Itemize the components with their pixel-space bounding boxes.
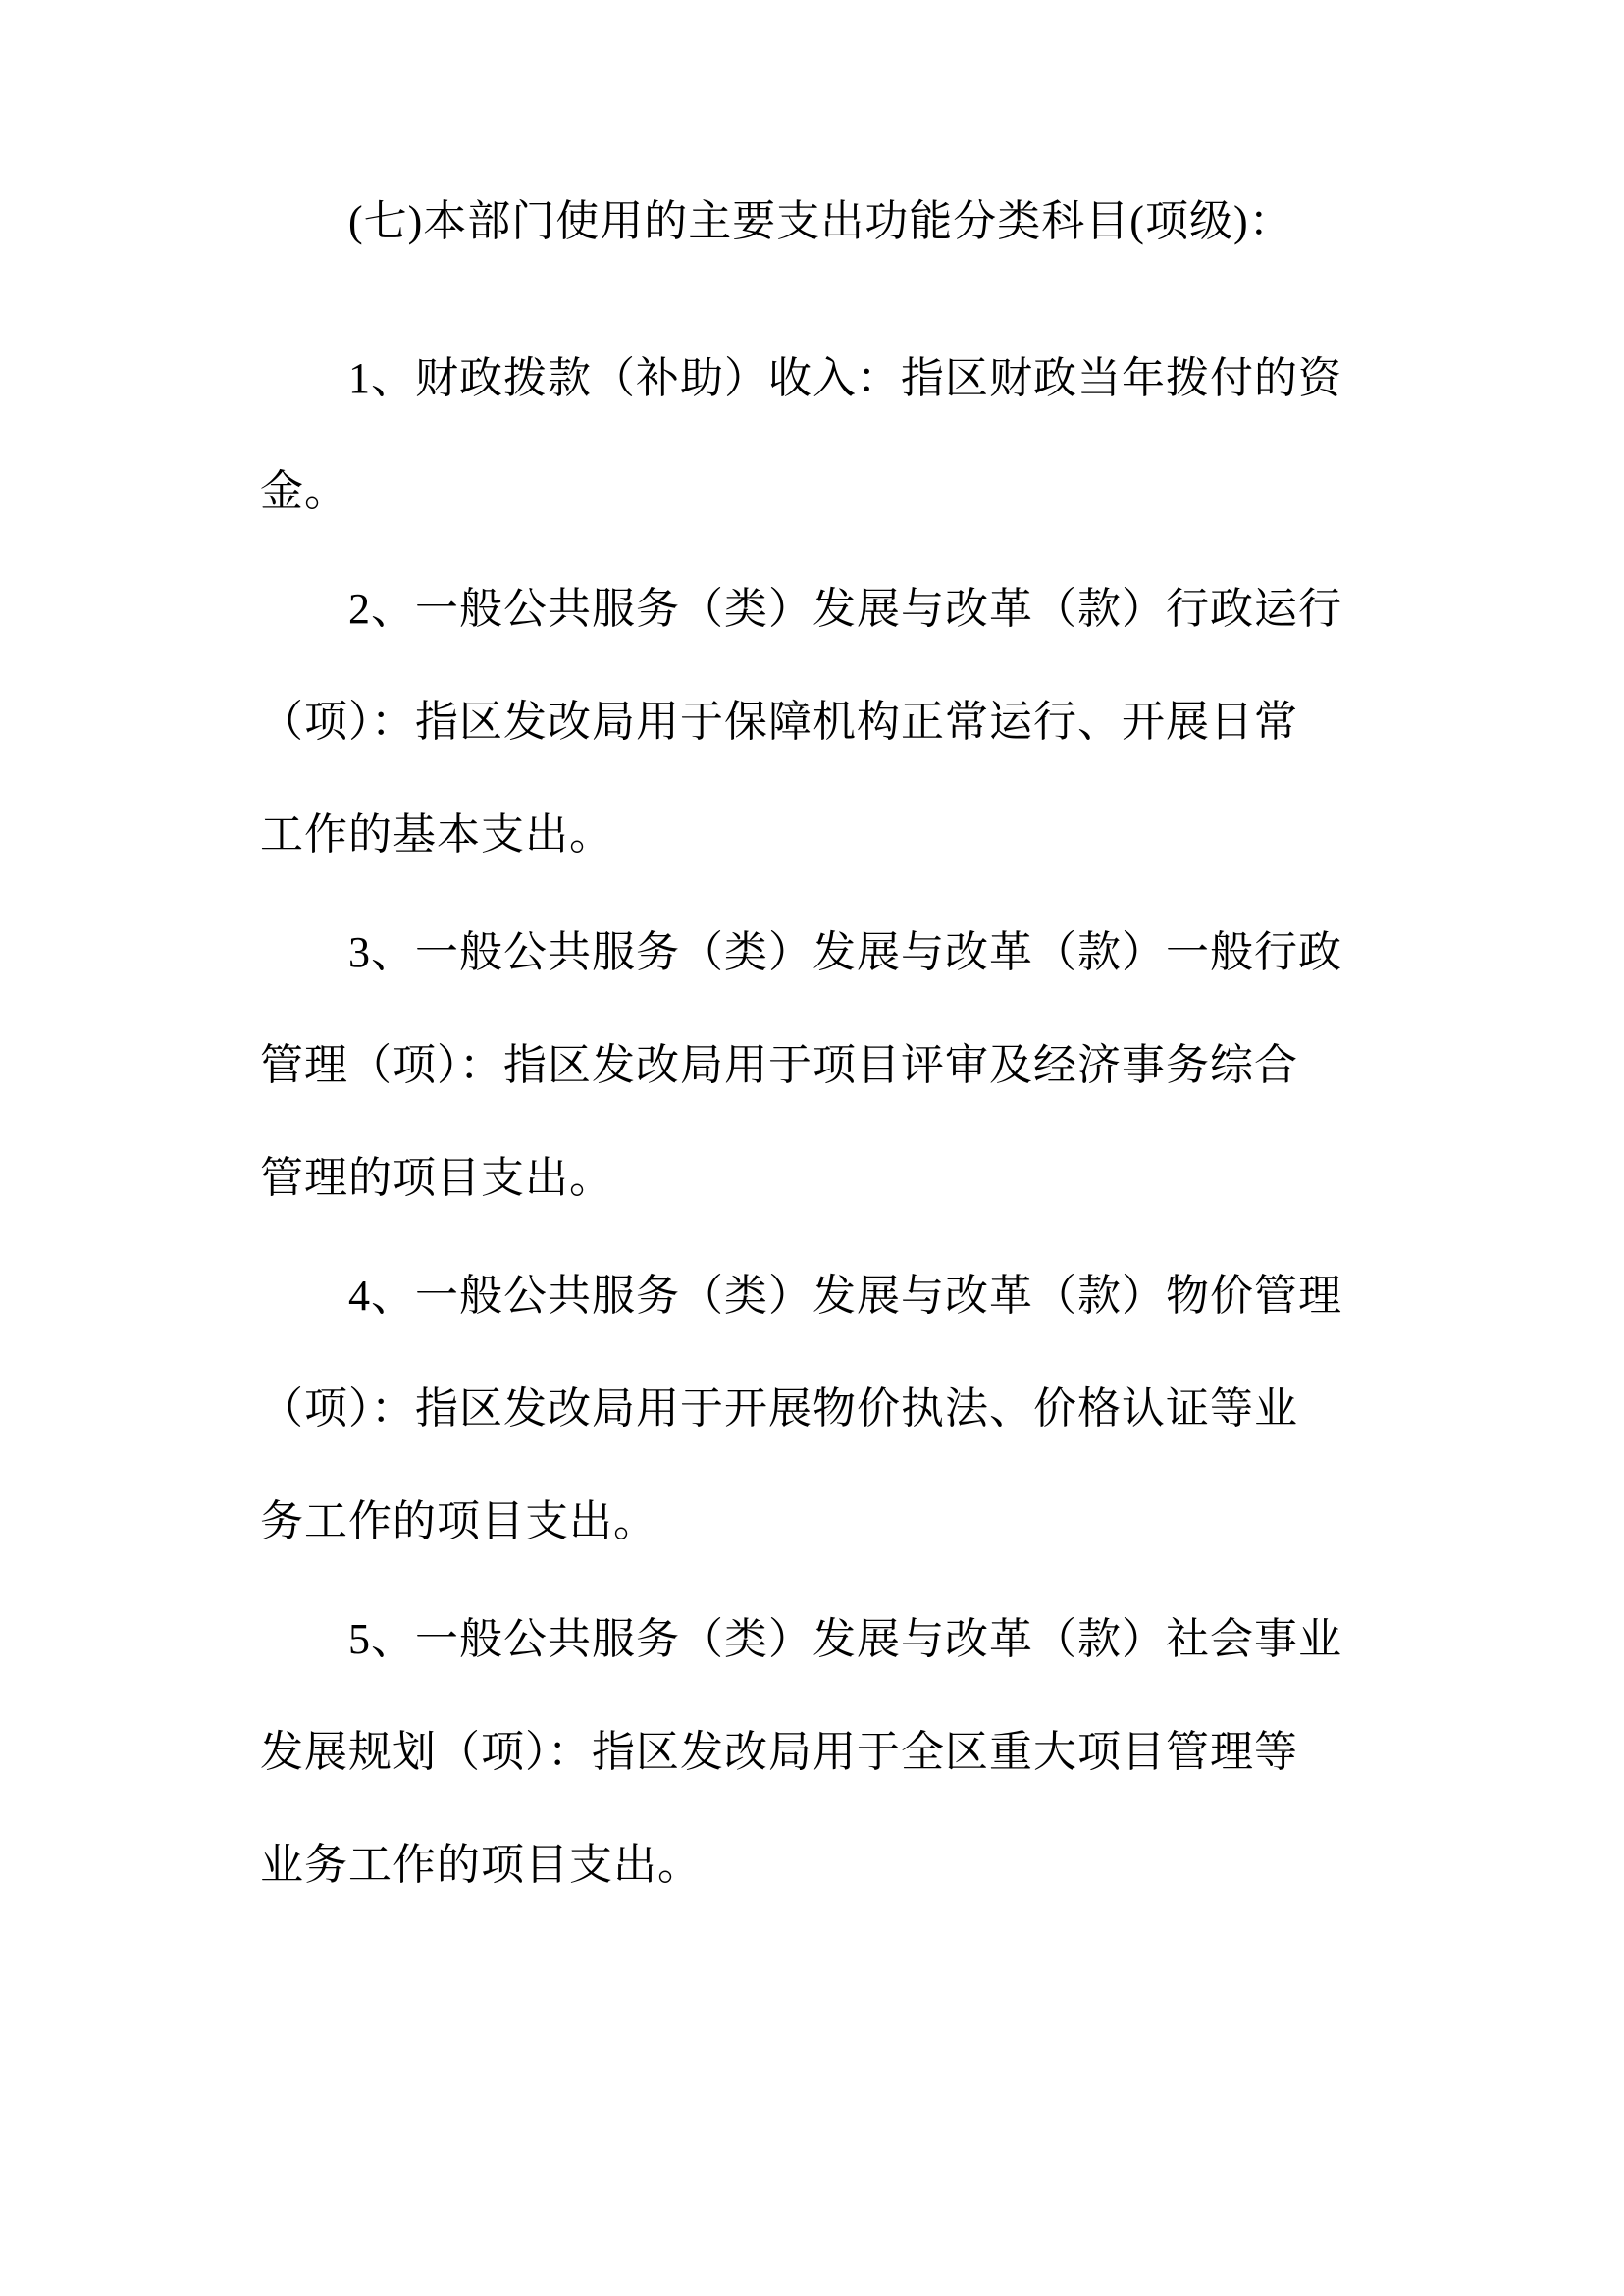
text-line: 2、一般公共服务（类）发展与改革（款）行政运行: [260, 552, 1398, 665]
text-line: （项）：指区发改局用于保障机构正常运行、开展日常: [260, 665, 1398, 778]
text-line: 1、财政拨款（补助）收入：指区财政当年拨付的资: [260, 322, 1398, 435]
text-line: （项）：指区发改局用于开展物价执法、价格认证等业: [260, 1352, 1398, 1465]
section-heading-paragraph: (七)本部门使用的主要支出功能分类科目(项级)：: [260, 165, 1398, 278]
document-page: (七)本部门使用的主要支出功能分类科目(项级)： 1、财政拨款（补助）收入：指区…: [0, 0, 1624, 2296]
section-heading: (七)本部门使用的主要支出功能分类科目(项级)：: [260, 165, 1398, 278]
document-content: (七)本部门使用的主要支出功能分类科目(项级)： 1、财政拨款（补助）收入：指区…: [260, 165, 1398, 1926]
item-5-paragraph: 5、一般公共服务（类）发展与改革（款）社会事业 发展规划（项）：指区发改局用于全…: [260, 1583, 1398, 1921]
item-4-paragraph: 4、一般公共服务（类）发展与改革（款）物价管理 （项）：指区发改局用于开展物价执…: [260, 1239, 1398, 1578]
text-line: 管理的项目支出。: [260, 1122, 1398, 1234]
text-line: 管理（项）：指区发改局用于项目评审及经济事务综合: [260, 1009, 1398, 1122]
text-line: 金。: [260, 435, 1398, 548]
item-3-paragraph: 3、一般公共服务（类）发展与改革（款）一般行政 管理（项）：指区发改局用于项目评…: [260, 896, 1398, 1234]
text-line: 3、一般公共服务（类）发展与改革（款）一般行政: [260, 896, 1398, 1009]
text-line: 发展规划（项）：指区发改局用于全区重大项目管理等: [260, 1696, 1398, 1808]
text-line: 5、一般公共服务（类）发展与改革（款）社会事业: [260, 1583, 1398, 1696]
item-1-paragraph: 1、财政拨款（补助）收入：指区财政当年拨付的资 金。: [260, 322, 1398, 548]
text-line: 工作的基本支出。: [260, 778, 1398, 891]
text-line: 4、一般公共服务（类）发展与改革（款）物价管理: [260, 1239, 1398, 1352]
item-2-paragraph: 2、一般公共服务（类）发展与改革（款）行政运行 （项）：指区发改局用于保障机构正…: [260, 552, 1398, 891]
text-line: 务工作的项目支出。: [260, 1465, 1398, 1578]
text-line: 业务工作的项目支出。: [260, 1808, 1398, 1921]
